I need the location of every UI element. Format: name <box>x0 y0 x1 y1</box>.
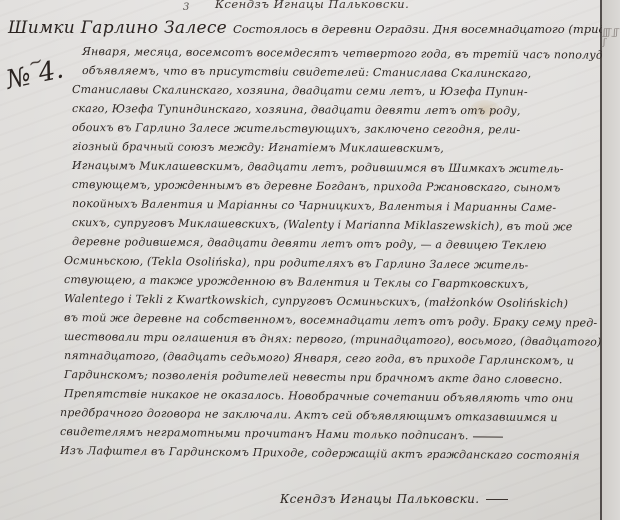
text-line-content: свидетелямъ неграмотными прочитанъ Нами … <box>60 425 469 442</box>
header-mark: 3 <box>183 2 189 13</box>
signature-dash <box>486 499 508 500</box>
act-number: № 4. <box>4 56 66 93</box>
registry-page: 3 Ксендзъ Игнацы Пальковски. Шимки Гарли… <box>0 0 620 520</box>
title-place: Шимки Гарлино Залесе <box>8 18 227 38</box>
closing-signature: Ксендзъ Игнацы Пальковски. <box>280 492 508 506</box>
header-signature-line: Ксендзъ Игнацы Пальковски. <box>215 0 409 11</box>
text-line: гіозный брачный союзъ между: Игнатіемъ М… <box>72 137 600 159</box>
act-title: Шимки Гарлино ЗалесеСостоялось в деревни… <box>8 18 620 38</box>
title-continuation: Состоялось в деревни Оградзи. Дня восемн… <box>233 22 620 36</box>
adjacent-page-scrawl: ʃʃʃ ʃʃ ʃ <box>603 28 619 48</box>
adjacent-page-strip <box>602 0 620 520</box>
signature-text: Ксендзъ Игнацы Пальковски. <box>280 492 480 506</box>
line-end-dash <box>473 436 503 437</box>
act-body: Января, месяца, восемсотъ восемдесятъ че… <box>72 42 600 460</box>
